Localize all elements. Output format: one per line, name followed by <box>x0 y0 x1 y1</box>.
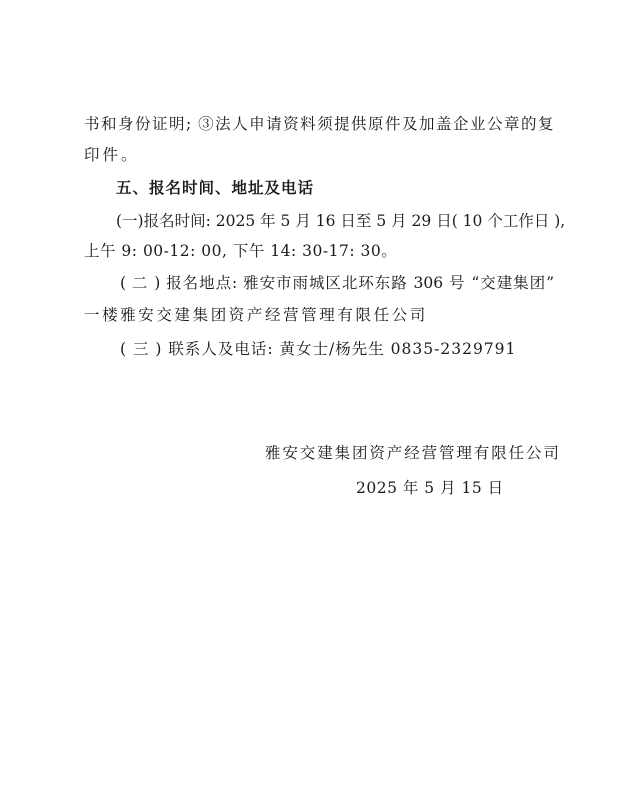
section-heading: 五、报名时间、地址及电话 <box>116 178 314 198</box>
paragraph-line: 一楼雅安交建集团资产经营管理有限任公司 <box>84 305 428 325</box>
paragraph-line: ( 二 ) 报名地点: 雅安市雨城区北环东路 306 号 “交建集团” <box>120 273 554 293</box>
signature-company: 雅安交建集团资产经营管理有限任公司 <box>265 443 561 463</box>
paragraph-line: 书和身份证明; ③法人申请资料须提供原件及加盖企业公章的复 <box>84 114 554 134</box>
paragraph-line: 上午 9: 00-12: 00, 下午 14: 30-17: 30。 <box>84 241 397 261</box>
paragraph-line: (一)报名时间: 2025 年 5 月 16 日至 5 月 29 日( 10 个… <box>116 211 554 231</box>
paragraph-line: 印件。 <box>84 145 140 165</box>
paragraph-line: ( 三 ) 联系人及电话: 黄女士/杨先生 0835-2329791 <box>120 339 516 359</box>
signature-date: 2025 年 5 月 15 日 <box>356 478 504 498</box>
